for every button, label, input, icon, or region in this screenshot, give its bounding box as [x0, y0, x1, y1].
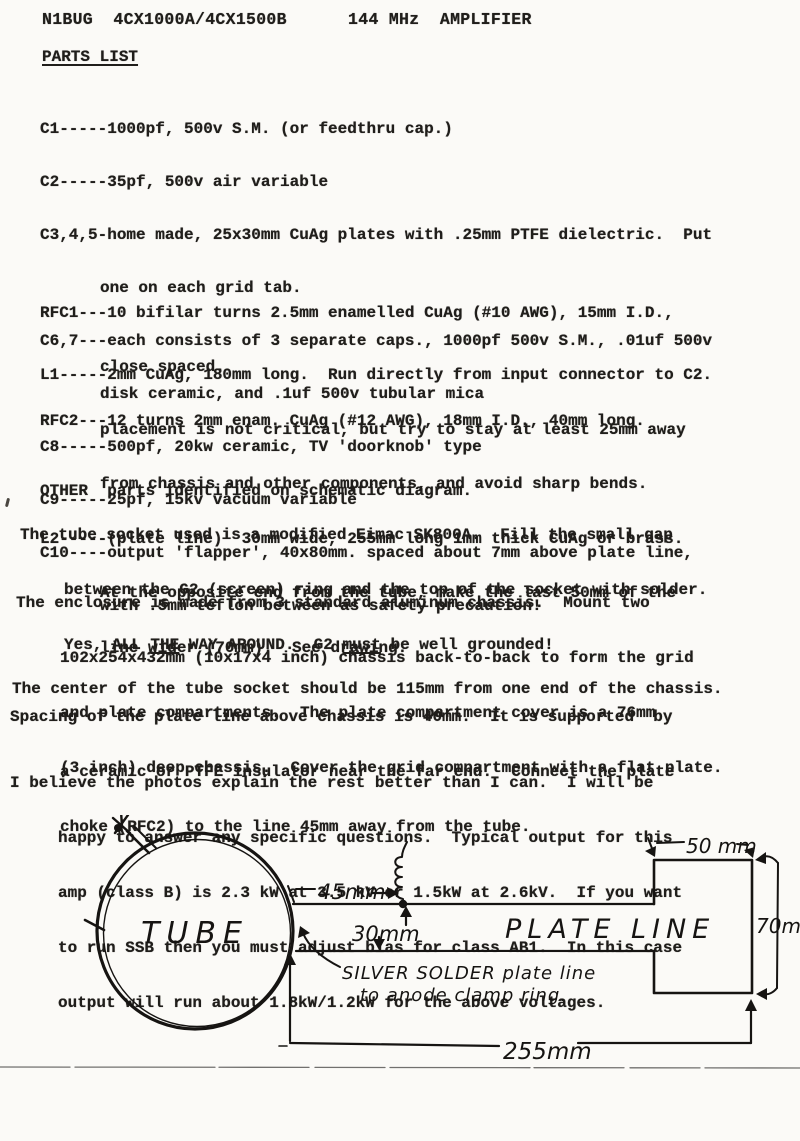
- plate-line-bottom-edge: [296, 951, 654, 952]
- document-title: N1BUG 4CX1000A/4CX1500B 144 MHz AMPLIFIE…: [42, 10, 532, 29]
- solder-note-line2: to anode clamp ring.: [360, 985, 567, 1006]
- dim255-right-arrowhead: [745, 999, 757, 1011]
- anode-stub-line2: [134, 826, 156, 848]
- dim50-label: 50 mm: [686, 834, 757, 858]
- plate-line-label: PLATE LINE: [505, 914, 715, 945]
- part-line-c1: C1-----1000pf, 500v S.M. (or feedthru ca…: [40, 121, 712, 138]
- p5-line1: I believe the photos explain the rest be…: [10, 774, 682, 793]
- dim70-label: 70mm: [756, 914, 800, 938]
- dim50-line-right: [737, 844, 748, 845]
- p2-line1: The enclosure is made from 3 standard al…: [16, 594, 723, 613]
- dim50-line-left: [657, 842, 684, 843]
- dim255-line-left: [290, 1043, 499, 1046]
- part-line-c2: C2-----35pf, 500v air variable: [40, 174, 712, 191]
- plate-line-drawing: TUBE PLATE LINE 45mm 30mm SILVER SOLD: [0, 815, 800, 1141]
- scanned-document-page: N1BUG 4CX1000A/4CX1500B 144 MHz AMPLIFIE…: [0, 0, 800, 1141]
- part-line-c345: C3,4,5-home made, 25x30mm CuAg plates wi…: [40, 227, 712, 244]
- solder-note-line1: SILVER SOLDER plate line: [342, 963, 596, 984]
- tube-left-tick: [85, 920, 104, 930]
- dim70-bottom-arrowhead: [756, 988, 767, 1000]
- dim50-left-arrowhead: [645, 846, 656, 857]
- part-line-l1-cont1: placement is not critical, but try to st…: [40, 421, 712, 440]
- part-line-rfc1: RFC1---10 bifilar turns 2.5mm enamelled …: [40, 304, 674, 322]
- p1-line1: The tube socket used is a modified Eimac…: [20, 526, 707, 545]
- scan-mark: [5, 498, 10, 507]
- part-line-l1: L1-----2mm CuAg, 180mm long. Run directl…: [40, 366, 712, 385]
- stub-blob: [114, 824, 122, 832]
- dim255-left-arrowhead: [284, 953, 296, 965]
- dim30-label: 30mm: [352, 922, 420, 946]
- parts-list-heading: PARTS LIST: [42, 48, 138, 66]
- scan-edge-line: [0, 1067, 800, 1068]
- tube-label: TUBE: [141, 916, 249, 951]
- p4-line1: Spacing of the plate line above chassis …: [10, 708, 675, 727]
